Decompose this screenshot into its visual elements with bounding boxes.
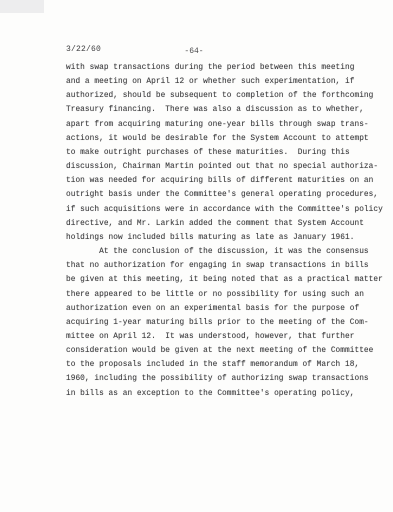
text-line: directive, and Mr. Larkin added the comm…: [66, 217, 362, 231]
text-line: and a meeting on April 12 or whether suc…: [66, 75, 362, 89]
text-line: discussion, Chairman Martin pointed out …: [66, 160, 362, 174]
text-line: acquiring 1-year maturing bills prior to…: [66, 316, 362, 330]
text-line: apart from acquiring maturing one-year b…: [66, 118, 362, 132]
text-line: with swap transactions during the period…: [66, 61, 362, 75]
text-line: outright basis under the Committee's gen…: [66, 188, 362, 202]
text-line: consideration would be given at the next…: [66, 344, 362, 358]
text-line: At the conclusion of the discussion, it …: [66, 245, 362, 259]
text-line: if such acquisitions were in accordance …: [66, 203, 362, 217]
text-line: there appeared to be little or no possib…: [66, 288, 362, 302]
text-line: actions, it would be desirable for the S…: [66, 132, 362, 146]
page-number: -64-: [172, 47, 216, 56]
text-line: authorization even on an experimental ba…: [66, 302, 362, 316]
text-line: mittee on April 12. It was understood, h…: [66, 330, 362, 344]
text-line: to the proposals included in the staff m…: [66, 358, 362, 372]
text-line: be given at this meeting, it being noted…: [66, 273, 362, 287]
document-body: with swap transactions during the period…: [66, 61, 362, 401]
text-line: in bills as an exception to the Committe…: [66, 387, 362, 401]
date-label: 3/22/60: [66, 45, 101, 54]
text-line: Treasury financing. There was also a dis…: [66, 103, 362, 117]
text-line: that no authorization for engaging in sw…: [66, 259, 362, 273]
text-line: to make outright purchases of these matu…: [66, 146, 362, 160]
text-line: holdings now included bills maturing as …: [66, 231, 362, 245]
text-line: tion was needed for acquiring bills of d…: [66, 174, 362, 188]
document-page: 3/22/60 -64- with swap transactions duri…: [0, 0, 393, 512]
text-line: 1960, including the possibility of autho…: [66, 372, 362, 386]
scan-layer: 3/22/60 -64- with swap transactions duri…: [0, 0, 393, 512]
text-line: authorized, should be subsequent to comp…: [66, 89, 362, 103]
page-header: 3/22/60 -64-: [0, 45, 393, 57]
